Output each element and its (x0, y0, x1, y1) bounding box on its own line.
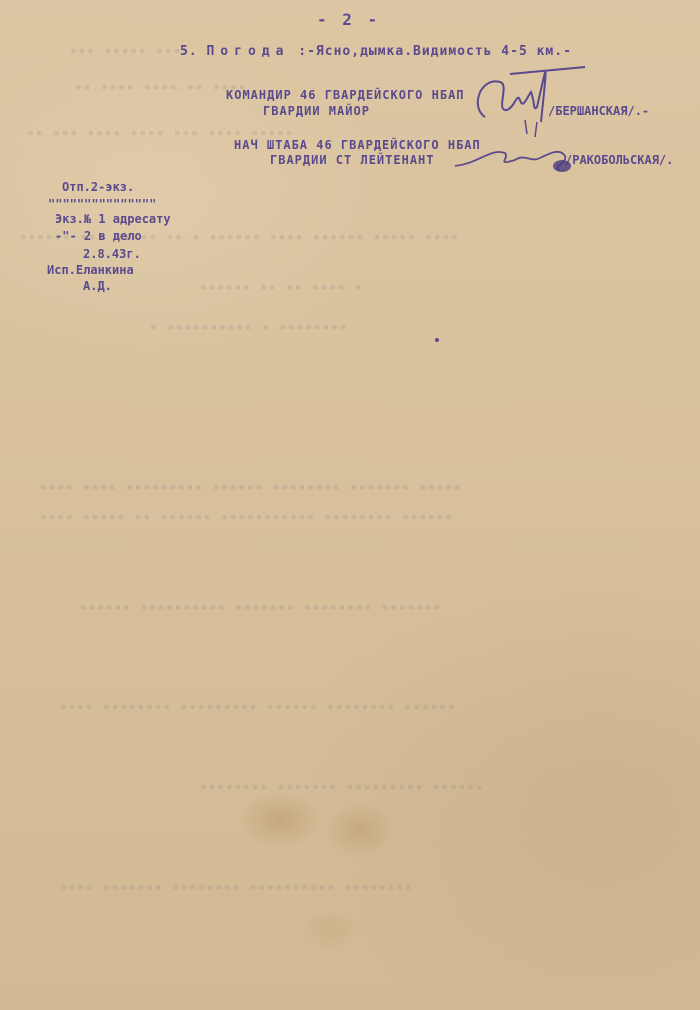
commander-signature (465, 62, 595, 142)
commander-title-line1: КОМАНДИР 46 ГВАРДЕЙСКОГО НБАП (226, 88, 465, 102)
bleed-through-text: ▪ ▪▪▪▪▪▪▪▪▪▪ ▪ ▪▪▪▪▪▪▪▪ (150, 320, 348, 333)
bleed-through-text: ▪▪▪ ▪▪▪▪▪ ▪▪▪▪ (70, 44, 191, 57)
weather-item-number: 5. (180, 44, 198, 59)
bleed-through-text: ▪▪▪▪▪▪ ▪▪▪▪▪▪▪▪▪▪ ▪▪▪▪▪▪▪ ▪▪▪▪▪▪▪▪ ▪▪▪▪▪… (80, 600, 442, 613)
dispatch-stamp-copy1: Экз.№ 1 адресату (55, 212, 171, 226)
bleed-through-text: ▪▪▪▪ ▪▪▪▪▪▪▪▪ ▪▪▪▪▪▪▪▪▪ ▪▪▪▪▪▪ ▪▪▪▪▪▪▪▪ … (60, 700, 457, 713)
dispatch-stamp-ditto-line: """"""""""""""" (48, 197, 156, 211)
bleed-through-text: ▪▪▪▪ ▪▪▪▪▪ ▪▪ ▪▪▪▪▪▪ ▪▪▪▪▪▪▪▪▪▪▪ ▪▪▪▪▪▪▪… (40, 510, 454, 523)
dispatch-stamp-copies: Отп.2-экз. (62, 180, 134, 194)
chief-of-staff-title-line2: ГВАРДИИ СТ ЛЕЙТЕНАНТ (270, 153, 435, 167)
bleed-through-text: ▪▪▪▪▪▪ ▪▪ ▪▪ ▪▪▪▪ ▪ (200, 280, 364, 293)
chief-of-staff-title-line1: НАЧ ШТАБА 46 ГВАРДЕЙСКОГО НБАП (234, 138, 481, 152)
commander-title-line2: ГВАРДИИ МАЙОР (263, 104, 370, 118)
dispatch-stamp-date: 2.8.43г. (83, 247, 141, 261)
weather-text: :-Ясно,дымка.Видимость 4-5 км.- (298, 44, 572, 59)
weather-line: 5. Погода :-Ясно,дымка.Видимость 4-5 км.… (180, 44, 572, 59)
bleed-through-text: ▪▪▪▪ ▪▪▪▪▪▪▪ ▪▪▪▪▪▪▪▪ ▪▪▪▪▪▪▪▪▪▪ ▪▪▪▪▪▪▪… (60, 880, 414, 893)
page-number: - 2 - (317, 10, 380, 29)
weather-label: Погода (206, 44, 289, 59)
chief-of-staff-name: /РАКОБОЛЬСКАЯ/. (565, 153, 673, 167)
bleed-through-text: ▪▪.▪▪▪▪-▪▪▪▪.▪▪ ▪▪▪▪ (75, 80, 247, 93)
dispatch-stamp-copy2: -"- 2 в дело (55, 229, 142, 243)
bleed-through-text: ▪▪▪▪ ▪▪▪▪ ▪▪▪▪▪▪▪▪▪ ▪▪▪▪▪▪ ▪▪▪▪▪▪▪▪ ▪▪▪▪… (40, 480, 463, 493)
dispatch-stamp-executor: Исп.Еланкина (47, 263, 134, 277)
ink-speck (435, 338, 439, 342)
bleed-through-text: ▪▪▪▪▪▪▪▪ ▪▪▪▪▪▪▪ ▪▪▪▪▪▪▪▪▪ ▪▪▪▪▪▪ (200, 780, 485, 793)
dispatch-stamp-initials: А.Д. (83, 279, 112, 293)
chief-of-staff-signature (450, 138, 580, 178)
